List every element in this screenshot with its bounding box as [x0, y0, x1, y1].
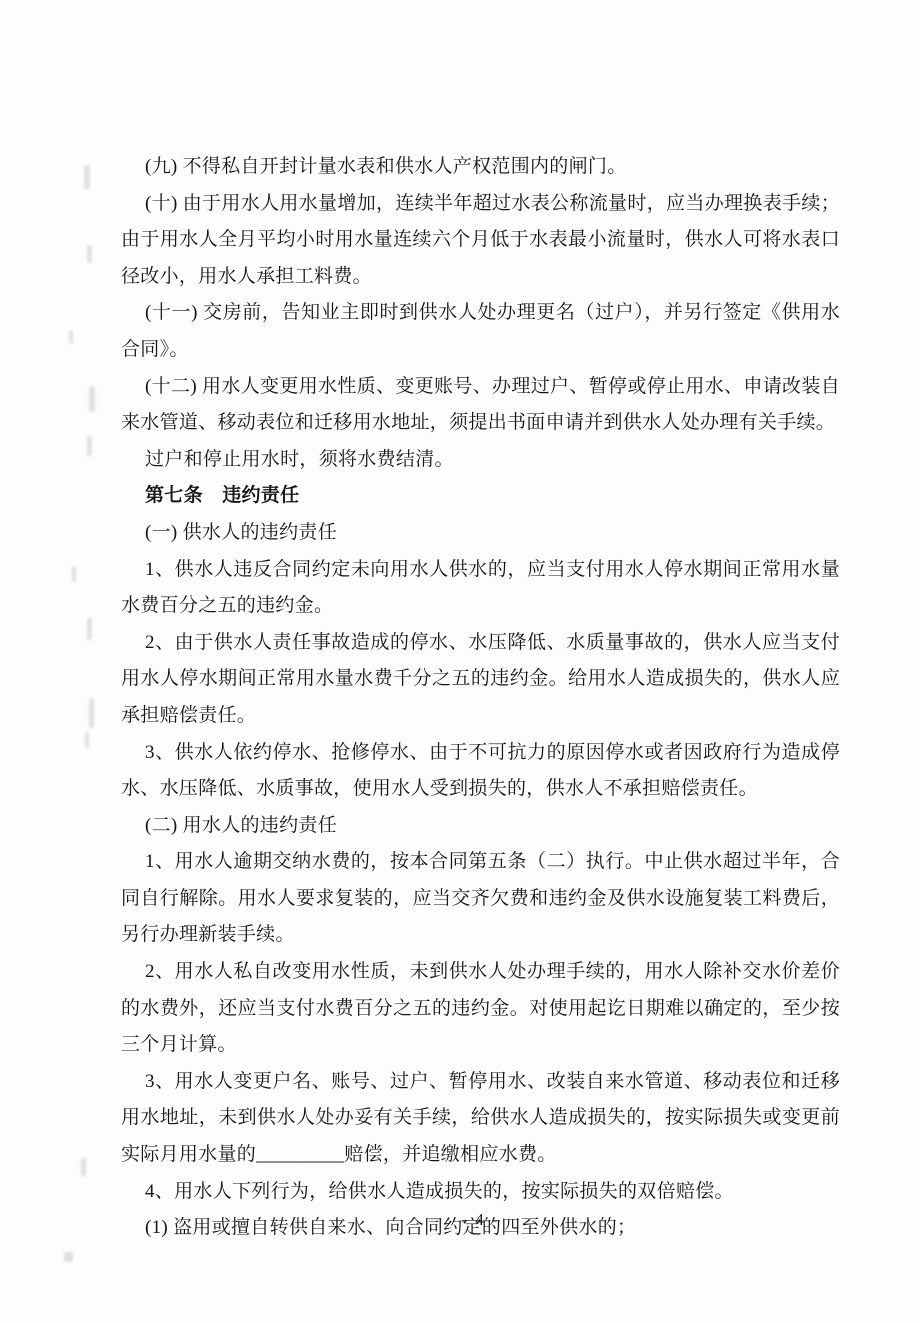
contract-paragraph: (九) 不得私自开封计量水表和供水人产权范围内的闸门。 — [121, 149, 840, 186]
contract-paragraph: 2、用水人私自改变用水性质，未到供水人处办理手续的，用水人除补交水价差价的水费外… — [121, 954, 840, 1064]
scan-artifact — [89, 386, 95, 412]
scan-artifact — [87, 245, 92, 263]
contract-paragraph: 4、用水人下列行为，给供水人造成损失的，按实际损失的双倍赔偿。 — [121, 1174, 840, 1211]
clause-heading: 第七条 违约责任 — [121, 478, 840, 515]
contract-paragraph: (十二) 用水人变更用水性质、变更账号、办理过户、暂停或停止用水、申请改装自来水… — [121, 369, 840, 442]
contract-paragraph: (十) 由于用水人用水量增加，连续半年超过水表公称流量时，应当办理换表手续；由于… — [121, 186, 840, 296]
scan-artifact — [84, 165, 90, 189]
scan-artifact — [85, 732, 89, 748]
scan-artifact — [72, 566, 76, 582]
document-page: (九) 不得私自开封计量水表和供水人产权范围内的闸门。(十) 由于用水人用水量增… — [0, 0, 920, 1323]
contract-paragraph: (十一) 交房前，告知业主即时到供水人处办理更名（过户），并另行签定《供用水合同… — [121, 295, 840, 368]
contract-paragraph: 1、用水人逾期交纳水费的，按本合同第五条（二）执行。中止供水超过半年，合同自行解… — [121, 844, 840, 954]
contract-paragraph: 3、用水人变更户名、账号、过户、暂停用水、改装自来水管道、移动表位和迁移用水地址… — [121, 1064, 840, 1174]
contract-paragraph: (一) 供水人的违约责任 — [121, 515, 840, 552]
page-number: - 4 - — [121, 1210, 840, 1230]
scan-artifact — [87, 436, 92, 456]
contract-paragraph: 3、供水人依约停水、抢修停水、由于不可抗力的原因停水或者因政府行为造成停水、水压… — [121, 735, 840, 808]
scan-artifact — [64, 1252, 73, 1262]
contract-paragraph: 过户和停止用水时，须将水费结清。 — [121, 442, 840, 479]
scan-artifact — [89, 698, 94, 728]
contract-text-block: (九) 不得私自开封计量水表和供水人产权范围内的闸门。(十) 由于用水人用水量增… — [121, 149, 840, 1247]
contract-paragraph: 2、由于供水人责任事故造成的停水、水压降低、水质量事故的，供水人应当支付用水人停… — [121, 625, 840, 735]
scan-artifact — [81, 1158, 86, 1176]
scan-artifact — [87, 618, 92, 640]
scan-artifact — [69, 330, 73, 344]
contract-paragraph: 1、供水人违反合同约定未向用水人供水的，应当支付用水人停水期间正常用水量水费百分… — [121, 552, 840, 625]
contract-paragraph: (二) 用水人的违约责任 — [121, 808, 840, 845]
